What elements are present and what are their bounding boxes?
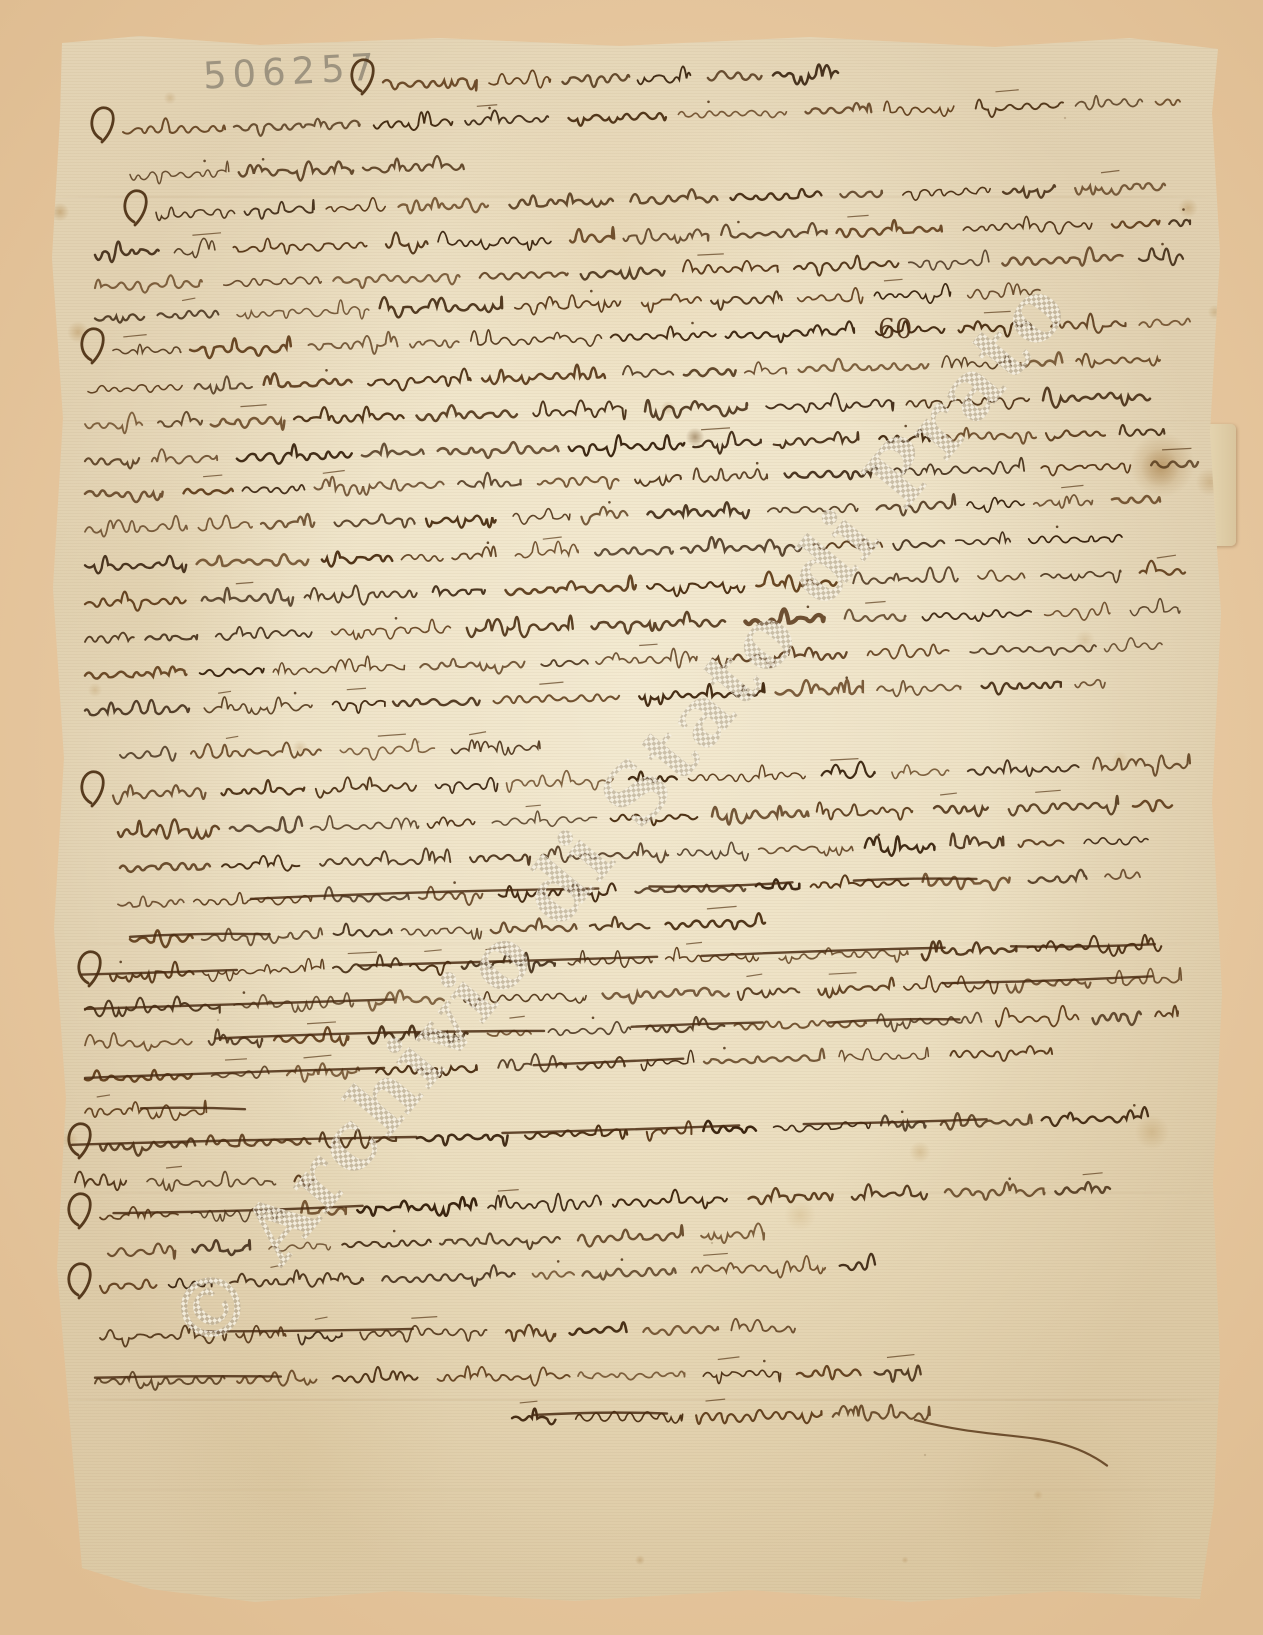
handwriting-line (130, 156, 464, 184)
handwriting-line (75, 1166, 315, 1191)
handwriting-line (352, 60, 838, 94)
handwriting-line (85, 448, 1198, 502)
handwriting-line (85, 425, 1164, 469)
handwriting-line (69, 1104, 1148, 1158)
handwriting-line (92, 90, 1180, 142)
handwriting-line (130, 906, 765, 947)
handwriting-layer: 60 (0, 0, 1263, 1635)
handwriting-line (85, 1006, 1178, 1051)
handwriting-line (100, 1317, 795, 1347)
handwriting-line (69, 1173, 1110, 1228)
handwriting-line (85, 676, 1105, 715)
handwriting-line (120, 834, 1148, 872)
handwriting-line (85, 1046, 1052, 1082)
handwriting-line (85, 485, 1160, 536)
handwriting-line (118, 870, 1140, 907)
handwriting-line (95, 1355, 921, 1390)
signature-line (512, 1399, 1107, 1465)
handwriting-line (85, 1095, 245, 1120)
handwriting-line (120, 732, 540, 761)
handwriting-line (85, 555, 1185, 611)
handwriting-line (85, 388, 1150, 434)
handwriting-line (118, 790, 1172, 838)
inline-numeral: 60 (878, 314, 912, 345)
handwriting-line (88, 352, 1160, 393)
handwriting-line (69, 1253, 875, 1298)
handwriting-line (85, 526, 1122, 574)
handwriting-line (79, 935, 1161, 986)
handwriting-line (108, 1223, 764, 1258)
handwriting-line (125, 170, 1165, 225)
handwriting-line (85, 968, 1181, 1017)
handwriting-line (85, 638, 1162, 679)
scanned-letter-view: 506257 60 © Archivio di Stato di Prato (0, 0, 1263, 1635)
handwriting-line (85, 599, 1180, 643)
handwriting-line (82, 754, 1190, 806)
